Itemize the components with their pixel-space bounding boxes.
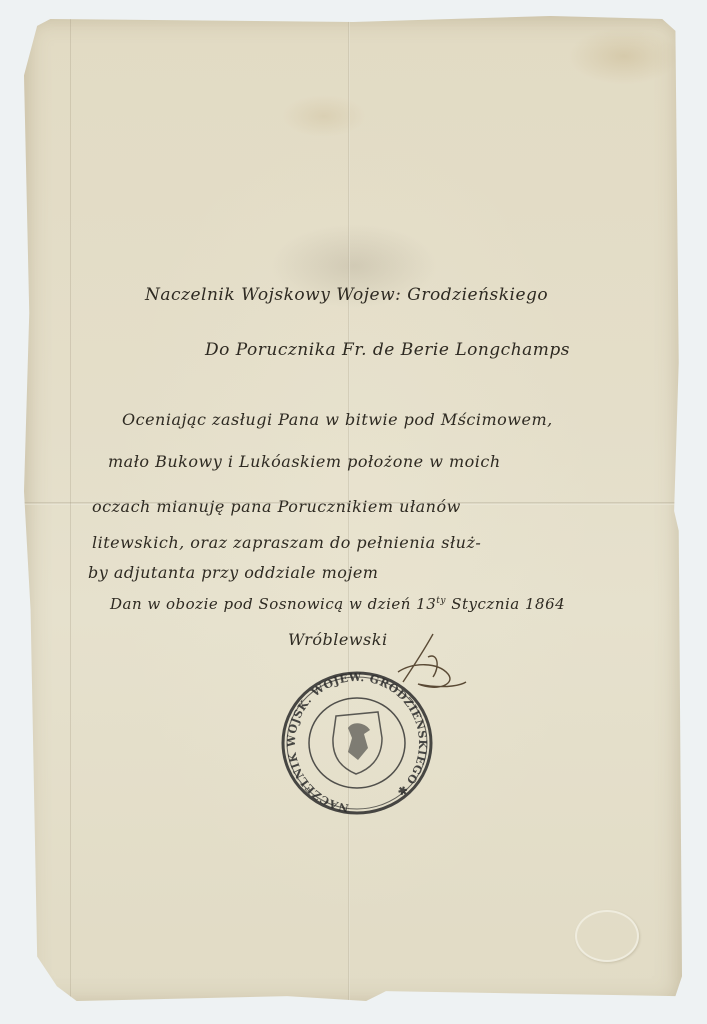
- body-line-5: by adjutanta przy oddziale mojem: [88, 563, 378, 582]
- date-month-year: Stycznia 1864: [451, 595, 565, 613]
- heading-recipient: Do Porucznika Fr. de Berie Longchamps: [205, 340, 570, 360]
- body-line-2: mało Bukowy i Lukóaskiem położone w moic…: [108, 452, 501, 471]
- body-line-3: oczach mianuję pana Porucznikiem ułanów: [92, 497, 461, 516]
- official-seal-icon: NACZELNIK WOJSK. WOJEW. GRODZIENSKIEGO ✱: [278, 668, 436, 818]
- embossed-stamp-mark: [575, 910, 639, 962]
- signature: Wróblewski: [288, 630, 388, 649]
- dateline-place: Dan w obozie pod Sosnowicą w dzień 13: [110, 595, 436, 613]
- body-line-4: litewskich, oraz zapraszam do pełnienia …: [92, 533, 481, 552]
- date-suffix: ty: [436, 596, 446, 606]
- side-fold-line: [70, 16, 71, 1006]
- body-line-1: Oceniając zasługi Pana w bitwie pod Mści…: [122, 410, 553, 429]
- heading-sender: Naczelnik Wojskowy Wojew: Grodzieńskiego: [145, 285, 548, 305]
- dateline: Dan w obozie pod Sosnowicą w dzień 13ty …: [110, 595, 565, 613]
